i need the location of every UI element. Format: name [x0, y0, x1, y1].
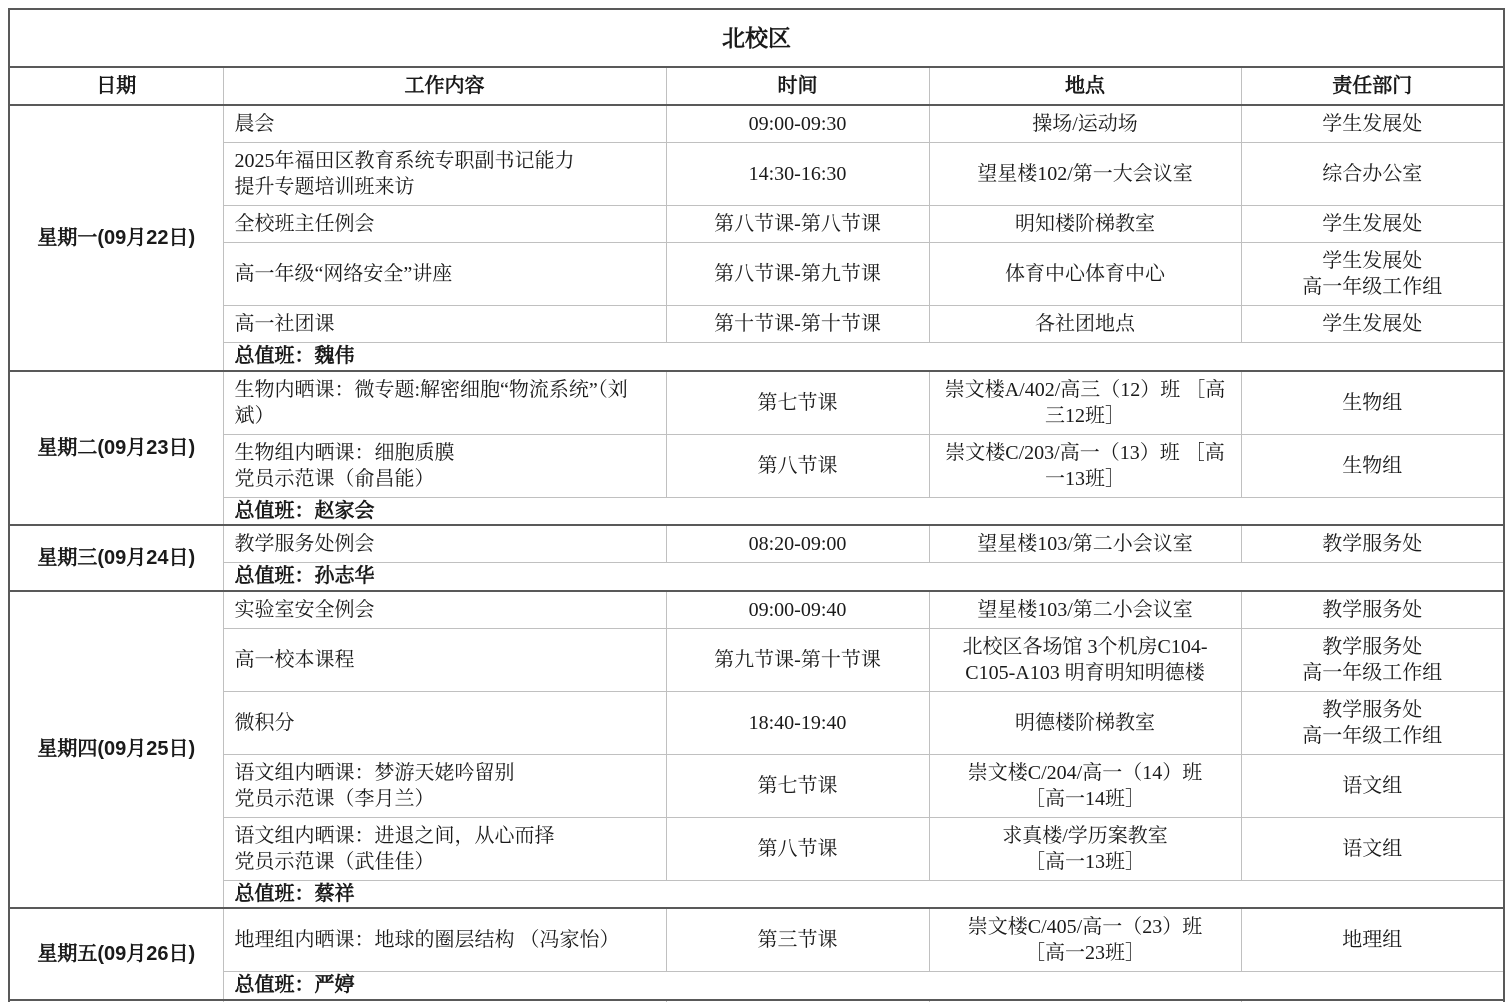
- time-cell: 18:40-19:40: [666, 691, 929, 754]
- department-cell: 综合办公室: [1241, 143, 1504, 206]
- campus-schedule-table: 北校区 日期 工作内容 时间 地点 责任部门 星期一(09月22日)晨会09:0…: [8, 8, 1505, 1002]
- time-cell: 第八节课-第八节课: [666, 206, 929, 243]
- work-content-cell: 语文组内晒课：梦游天姥吟留别 党员示范课（李月兰）: [223, 754, 666, 817]
- time-cell: 第八节课: [666, 817, 929, 880]
- activity-row: 星期四(09月25日)实验室安全例会09:00-09:40望星楼103/第二小会…: [9, 591, 1504, 629]
- column-header-row: 日期 工作内容 时间 地点 责任部门: [9, 67, 1504, 105]
- place-cell: 北校区各场馆 3个机房C104-C105-A103 明育明知明德楼: [929, 628, 1241, 691]
- place-cell: 崇文楼C/405/高一（23）班 ［高一23班］: [929, 908, 1241, 972]
- place-cell: 求真楼/学历案教室 ［高一13班］: [929, 817, 1241, 880]
- duty-officer-cell: 总值班：赵家会: [223, 497, 1504, 525]
- date-cell: 星期四(09月25日): [9, 591, 223, 909]
- column-header-content: 工作内容: [223, 67, 666, 105]
- work-content-cell: 高一社团课: [223, 306, 666, 343]
- work-content-cell: 高一年级“网络安全”讲座: [223, 243, 666, 306]
- place-cell: 明知楼阶梯教室: [929, 206, 1241, 243]
- place-cell: 崇文楼A/402/高三（12）班 ［高三12班］: [929, 371, 1241, 435]
- place-cell: 望星楼102/第一大会议室: [929, 143, 1241, 206]
- work-content-cell: 高一校本课程: [223, 628, 666, 691]
- department-cell: 教学服务处: [1241, 591, 1504, 629]
- place-cell: 崇文楼C/203/高一（13）班 ［高一13班］: [929, 434, 1241, 497]
- department-cell: 语文组: [1241, 817, 1504, 880]
- work-content-cell: 地理组内晒课：地球的圈层结构 （冯家怡）: [223, 908, 666, 972]
- duty-row: 总值班：魏伟: [9, 343, 1504, 371]
- work-content-cell: 语文组内晒课：进退之间，从心而择 党员示范课（武佳佳）: [223, 817, 666, 880]
- time-cell: 第八节课: [666, 434, 929, 497]
- time-cell: 第九节课-第十节课: [666, 628, 929, 691]
- duty-row: 总值班：蔡祥: [9, 880, 1504, 908]
- activity-row: 星期一(09月22日)晨会09:00-09:30操场/运动场学生发展处: [9, 105, 1504, 143]
- activity-row: 微积分18:40-19:40明德楼阶梯教室教学服务处 高一年级工作组: [9, 691, 1504, 754]
- place-cell: 操场/运动场: [929, 105, 1241, 143]
- work-content-cell: 晨会: [223, 105, 666, 143]
- work-content-cell: 全校班主任例会: [223, 206, 666, 243]
- activity-row: 语文组内晒课：进退之间，从心而择 党员示范课（武佳佳）第八节课求真楼/学历案教室…: [9, 817, 1504, 880]
- time-cell: 第七节课: [666, 754, 929, 817]
- place-cell: 明德楼阶梯教室: [929, 691, 1241, 754]
- duty-row: 总值班：孙志华: [9, 563, 1504, 591]
- campus-title: 北校区: [9, 9, 1504, 67]
- column-header-time: 时间: [666, 67, 929, 105]
- department-cell: 地理组: [1241, 908, 1504, 972]
- time-cell: 第三节课: [666, 908, 929, 972]
- activity-row: 星期三(09月24日)教学服务处例会08:20-09:00望星楼103/第二小会…: [9, 525, 1504, 563]
- schedule-body: 星期一(09月22日)晨会09:00-09:30操场/运动场学生发展处2025年…: [9, 105, 1504, 1002]
- work-content-cell: 实验室安全例会: [223, 591, 666, 629]
- activity-row: 星期五(09月26日)地理组内晒课：地球的圈层结构 （冯家怡）第三节课崇文楼C/…: [9, 908, 1504, 972]
- date-cell: 星期三(09月24日): [9, 525, 223, 591]
- place-cell: 体育中心体育中心: [929, 243, 1241, 306]
- department-cell: 学生发展处: [1241, 206, 1504, 243]
- activity-row: 生物组内晒课：细胞质膜 党员示范课（俞昌能）第八节课崇文楼C/203/高一（13…: [9, 434, 1504, 497]
- duty-row: 总值班：赵家会: [9, 497, 1504, 525]
- time-cell: 第七节课: [666, 371, 929, 435]
- column-header-date: 日期: [9, 67, 223, 105]
- activity-row: 全校班主任例会第八节课-第八节课明知楼阶梯教室学生发展处: [9, 206, 1504, 243]
- department-cell: 学生发展处: [1241, 105, 1504, 143]
- time-cell: 09:00-09:30: [666, 105, 929, 143]
- place-cell: 各社团地点: [929, 306, 1241, 343]
- time-cell: 14:30-16:30: [666, 143, 929, 206]
- time-cell: 08:20-09:00: [666, 525, 929, 563]
- activity-row: 语文组内晒课：梦游天姥吟留别 党员示范课（李月兰）第七节课崇文楼C/204/高一…: [9, 754, 1504, 817]
- activity-row: 高一校本课程第九节课-第十节课北校区各场馆 3个机房C104-C105-A103…: [9, 628, 1504, 691]
- time-cell: 第八节课-第九节课: [666, 243, 929, 306]
- department-cell: 生物组: [1241, 434, 1504, 497]
- department-cell: 教学服务处: [1241, 525, 1504, 563]
- place-cell: 望星楼103/第二小会议室: [929, 525, 1241, 563]
- date-cell: 星期五(09月26日): [9, 908, 223, 1000]
- work-content-cell: 2025年福田区教育系统专职副书记能力 提升专题培训班来访: [223, 143, 666, 206]
- duty-row: 总值班：严婷: [9, 972, 1504, 1000]
- department-cell: 学生发展处: [1241, 306, 1504, 343]
- activity-row: 高一社团课第十节课-第十节课各社团地点学生发展处: [9, 306, 1504, 343]
- department-cell: 学生发展处 高一年级工作组: [1241, 243, 1504, 306]
- date-cell: 星期二(09月23日): [9, 371, 223, 526]
- work-content-cell: 生物组内晒课：细胞质膜 党员示范课（俞昌能）: [223, 434, 666, 497]
- column-header-department: 责任部门: [1241, 67, 1504, 105]
- department-cell: 教学服务处 高一年级工作组: [1241, 691, 1504, 754]
- work-content-cell: 教学服务处例会: [223, 525, 666, 563]
- department-cell: 教学服务处 高一年级工作组: [1241, 628, 1504, 691]
- time-cell: 09:00-09:40: [666, 591, 929, 629]
- duty-officer-cell: 总值班：孙志华: [223, 563, 1504, 591]
- activity-row: 2025年福田区教育系统专职副书记能力 提升专题培训班来访14:30-16:30…: [9, 143, 1504, 206]
- duty-officer-cell: 总值班：魏伟: [223, 343, 1504, 371]
- duty-officer-cell: 总值班：蔡祥: [223, 880, 1504, 908]
- duty-officer-cell: 总值班：严婷: [223, 972, 1504, 1000]
- title-row: 北校区: [9, 9, 1504, 67]
- time-cell: 第十节课-第十节课: [666, 306, 929, 343]
- activity-row: 高一年级“网络安全”讲座第八节课-第九节课体育中心体育中心学生发展处 高一年级工…: [9, 243, 1504, 306]
- place-cell: 崇文楼C/204/高一（14）班 ［高一14班］: [929, 754, 1241, 817]
- work-content-cell: 生物内晒课：微专题:解密细胞“物流系统”（刘斌）: [223, 371, 666, 435]
- department-cell: 语文组: [1241, 754, 1504, 817]
- column-header-place: 地点: [929, 67, 1241, 105]
- work-content-cell: 微积分: [223, 691, 666, 754]
- department-cell: 生物组: [1241, 371, 1504, 435]
- activity-row: 星期二(09月23日)生物内晒课：微专题:解密细胞“物流系统”（刘斌）第七节课崇…: [9, 371, 1504, 435]
- place-cell: 望星楼103/第二小会议室: [929, 591, 1241, 629]
- date-cell: 星期一(09月22日): [9, 105, 223, 371]
